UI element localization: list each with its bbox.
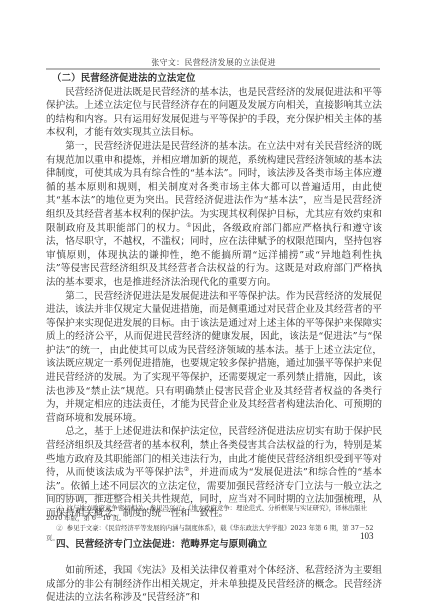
paragraph-second: 第二，民营经济促进法是发展促进法和平等保护法。作为民营经济的发展促进法，该法并非… — [46, 290, 382, 426]
footnote-1-mark: ① — [56, 504, 62, 512]
paragraph-intro: 民营经济促进法既是民营经济的基本法，也是民营经济的发展促进法和平等保护法。上述立… — [46, 86, 382, 140]
subsection-title: （二）民营经济促进法的立法定位 — [46, 72, 382, 86]
paragraph-section-intro: 如前所述，我国《宪法》及相关法律仅着重对个体经济、私营经济为主要组成部分的非公有… — [46, 564, 382, 603]
paragraph-first-text: 第一，民营经济促进法是民营经济的基本法。在立法中对有关民营经济的既有规范加以重申… — [46, 141, 382, 234]
footnote-2-mark: ② — [56, 524, 62, 532]
footnote-1: ① 这与地方政府竞争密切相关。参见冯兴元：《地方政府竞争：理论范式、分析框架与实… — [46, 504, 382, 523]
footnote-separator — [46, 494, 130, 495]
header-rule — [46, 68, 380, 70]
footnote-1-text: 这与地方政府竞争密切相关。参见冯兴元：《地方政府竞争：理论范式、分析框架与实证研… — [46, 504, 367, 522]
paragraph-first: 第一，民营经济促进法是民营经济的基本法。在立法中对有关民营经济的既有规范加以重申… — [46, 140, 382, 290]
footnote-2-text: 参见于文豪：《民营经济平等发展的内涵与制度体系》，载《华东政法大学学报》2023… — [46, 524, 373, 542]
footnotes: ① 这与地方政府竞争密切相关。参见冯兴元：《地方政府竞争：理论范式、分析框架与实… — [46, 504, 382, 544]
running-head: 张守文：民营经济发展的立法促进 — [0, 57, 427, 68]
page-number: 103 — [360, 531, 374, 541]
footnote-2: ② 参见于文豪：《民营经济平等发展的内涵与制度体系》，载《华东政法大学学报》20… — [46, 524, 382, 543]
